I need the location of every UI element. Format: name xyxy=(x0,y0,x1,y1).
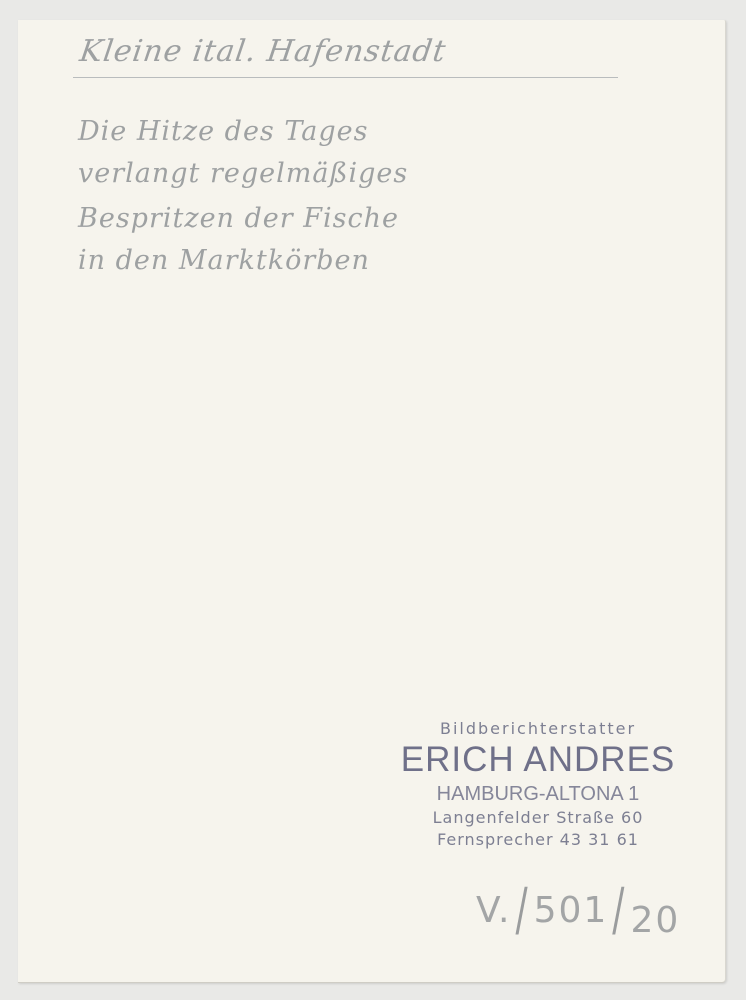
archive-number: V./501/20 xyxy=(476,890,680,931)
photographer-stamp: Bildberichterstatter ERICH ANDRES HAMBUR… xyxy=(388,720,688,849)
handwritten-caption-line: in den Marktkörben xyxy=(78,245,370,276)
stamp-role: Bildberichterstatter xyxy=(388,720,688,738)
stamp-street: Langenfelder Straße 60 xyxy=(388,809,688,827)
archive-number-main: 501 xyxy=(534,890,609,931)
handwritten-caption-line: Die Hitze des Tages xyxy=(78,116,369,147)
archive-suffix: 20 xyxy=(630,900,680,941)
handwritten-caption-line: verlangt regelmäßiges xyxy=(78,158,408,189)
handwritten-title: Kleine ital. Hafenstadt xyxy=(78,34,449,69)
stamp-name: ERICH ANDRES xyxy=(388,740,688,780)
photo-card-back: Kleine ital. Hafenstadt Die Hitze des Ta… xyxy=(18,20,726,983)
slash-divider: / xyxy=(612,878,626,944)
stamp-phone: Fernsprecher 43 31 61 xyxy=(388,831,688,849)
handwritten-caption-line: Bespritzen der Fische xyxy=(78,203,399,234)
stamp-city: HAMBURG-ALTONA 1 xyxy=(388,783,688,806)
slash-divider: / xyxy=(515,878,529,944)
title-underline xyxy=(73,77,618,78)
archive-prefix: V. xyxy=(476,890,511,931)
